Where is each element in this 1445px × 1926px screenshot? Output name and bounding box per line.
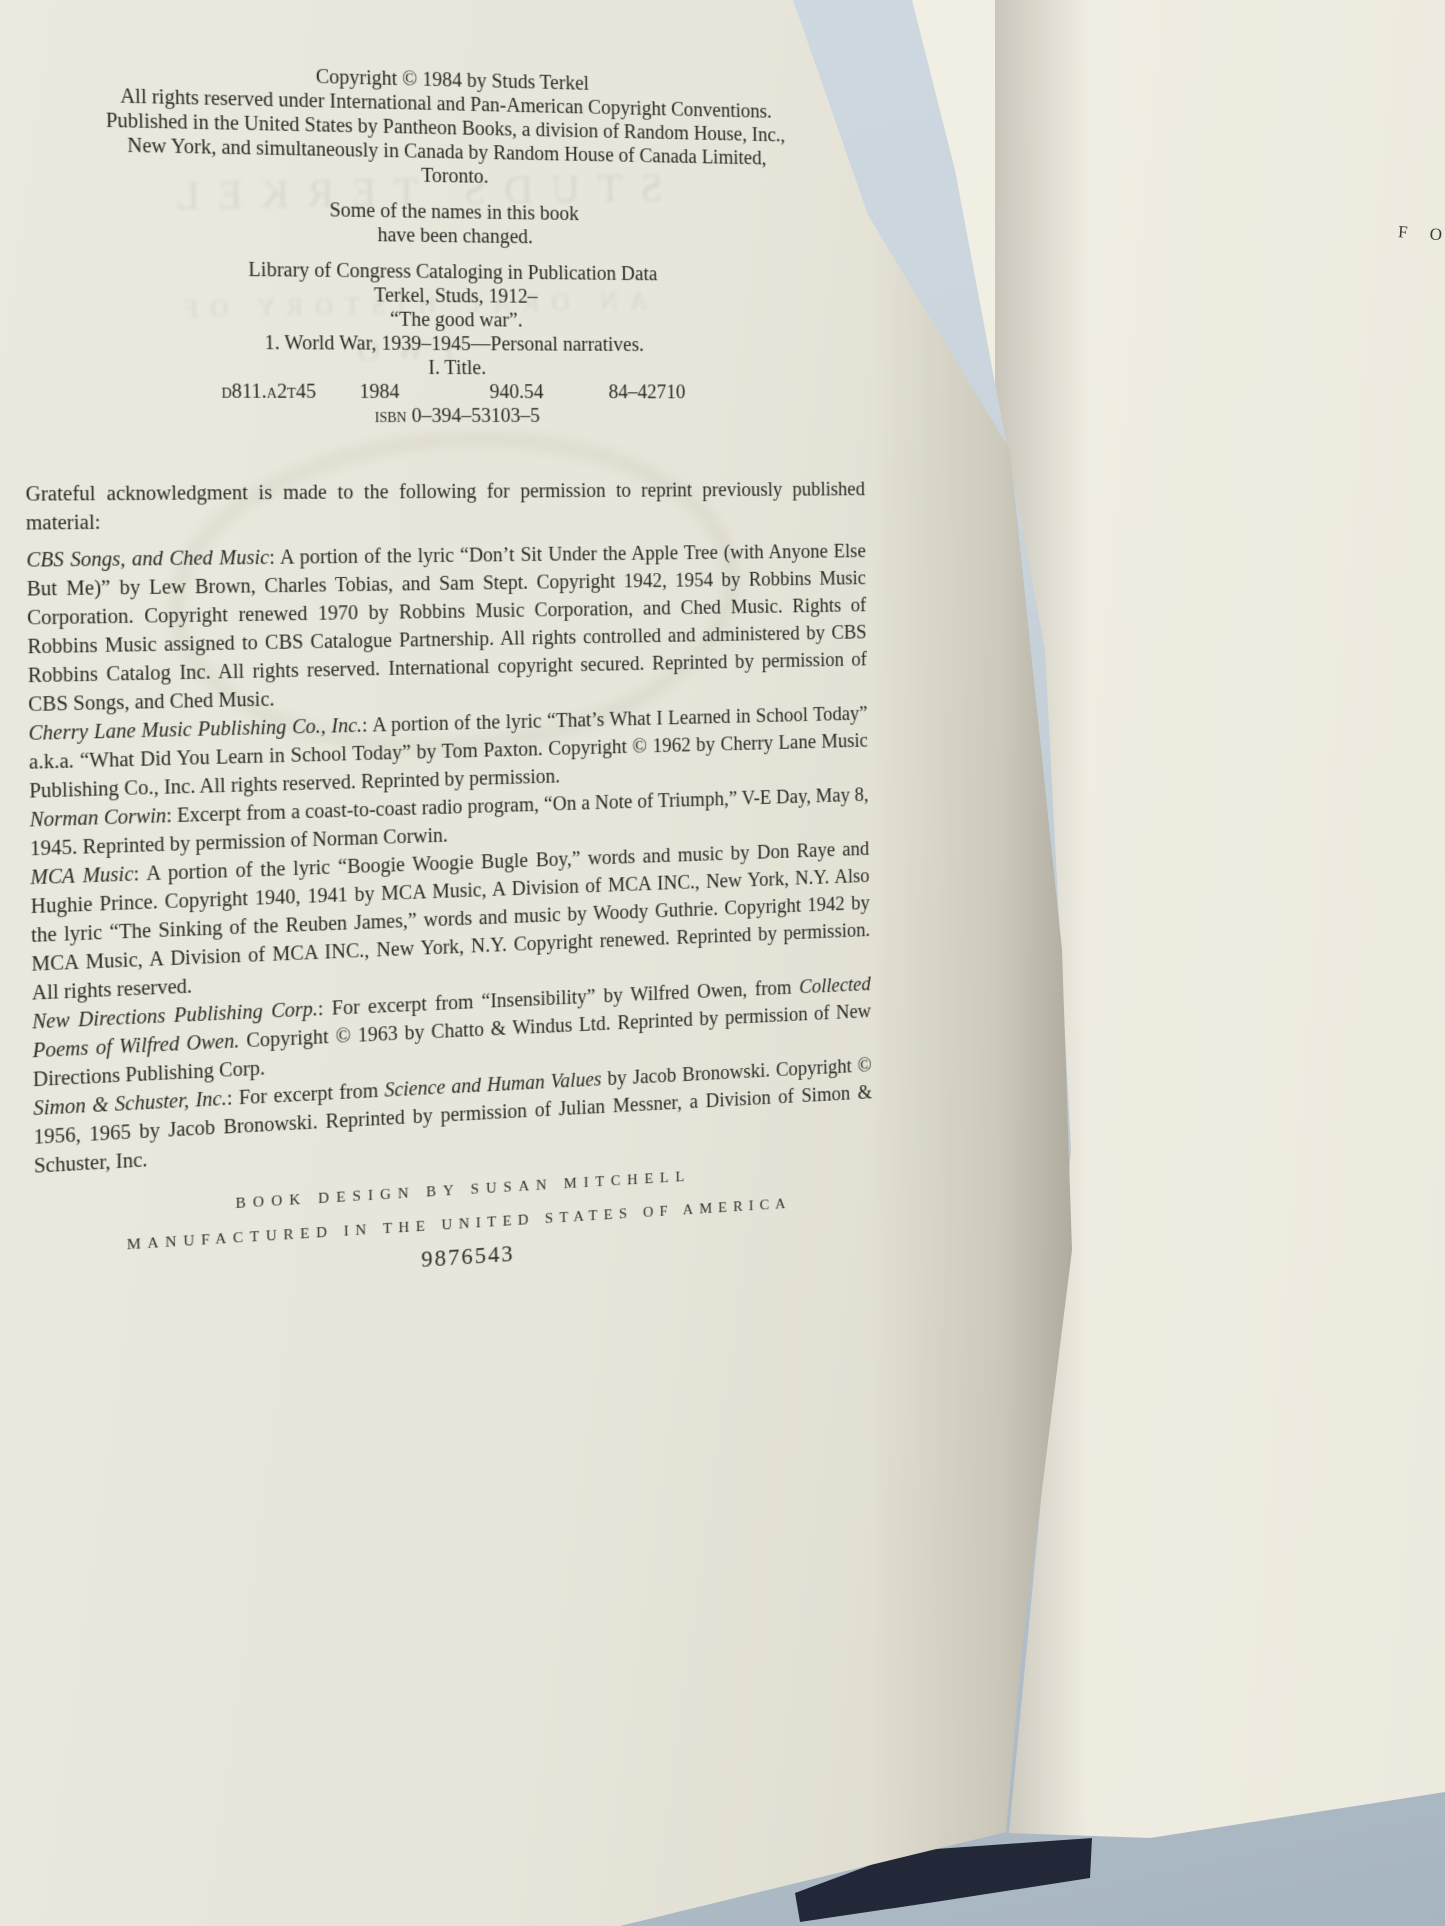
credit-source-name: Simon & Schuster, Inc.: [33, 1088, 227, 1121]
loc-line: 1. World War, 1939–1945—Personal narrati…: [24, 329, 864, 357]
dewey-number: 940.54: [490, 380, 544, 404]
names-note: Some of the names in this book have been…: [22, 193, 862, 253]
credit-source-name: CBS Songs, and Ched Music: [26, 547, 269, 572]
loc-line: I. Title.: [24, 354, 864, 381]
call-number: D811.A2T45: [221, 379, 316, 403]
isbn-line: ISBN 0–394–53103–5: [24, 404, 864, 429]
isbn-label: ISBN: [375, 405, 407, 427]
credit-source-name: MCA Music: [30, 863, 133, 889]
colophon: BOOK DESIGN BY SUSAN MITCHELL MANUFACTUR…: [34, 1154, 873, 1297]
book-photo-scene: F O STUDS TERKEL AN ORAL HISTORY OF TWO …: [0, 0, 1445, 1926]
credits-list: CBS Songs, and Ched Music: A portion of …: [26, 538, 872, 1181]
catalog-year: 1984: [359, 380, 399, 404]
lccn-number: 84–42710: [608, 380, 685, 404]
credit-source-name: Norman Corwin: [30, 805, 167, 832]
credit-paragraph: CBS Songs, and Ched Music: A portion of …: [26, 538, 867, 720]
credit-source-name: Cherry Lane Music Publishing Co., Inc.: [28, 715, 362, 745]
credit-text: : For excerpt from: [227, 1080, 385, 1110]
loc-cataloging-block: Library of Congress Cataloging in Public…: [23, 255, 865, 428]
isbn-number: 0–394–53103–5: [412, 405, 540, 427]
facing-page-text-fragment: F O: [1397, 222, 1445, 246]
page-content: Copyright © 1984 by Studs Terkel All rig…: [20, 57, 874, 1297]
copyright-block: Copyright © 1984 by Studs Terkel All rig…: [20, 57, 861, 195]
catalog-number-line: D811.A2T45 1984 940.54 84–42710: [24, 379, 864, 404]
acknowledgment-intro: Grateful acknowledgment is made to the f…: [25, 476, 865, 538]
